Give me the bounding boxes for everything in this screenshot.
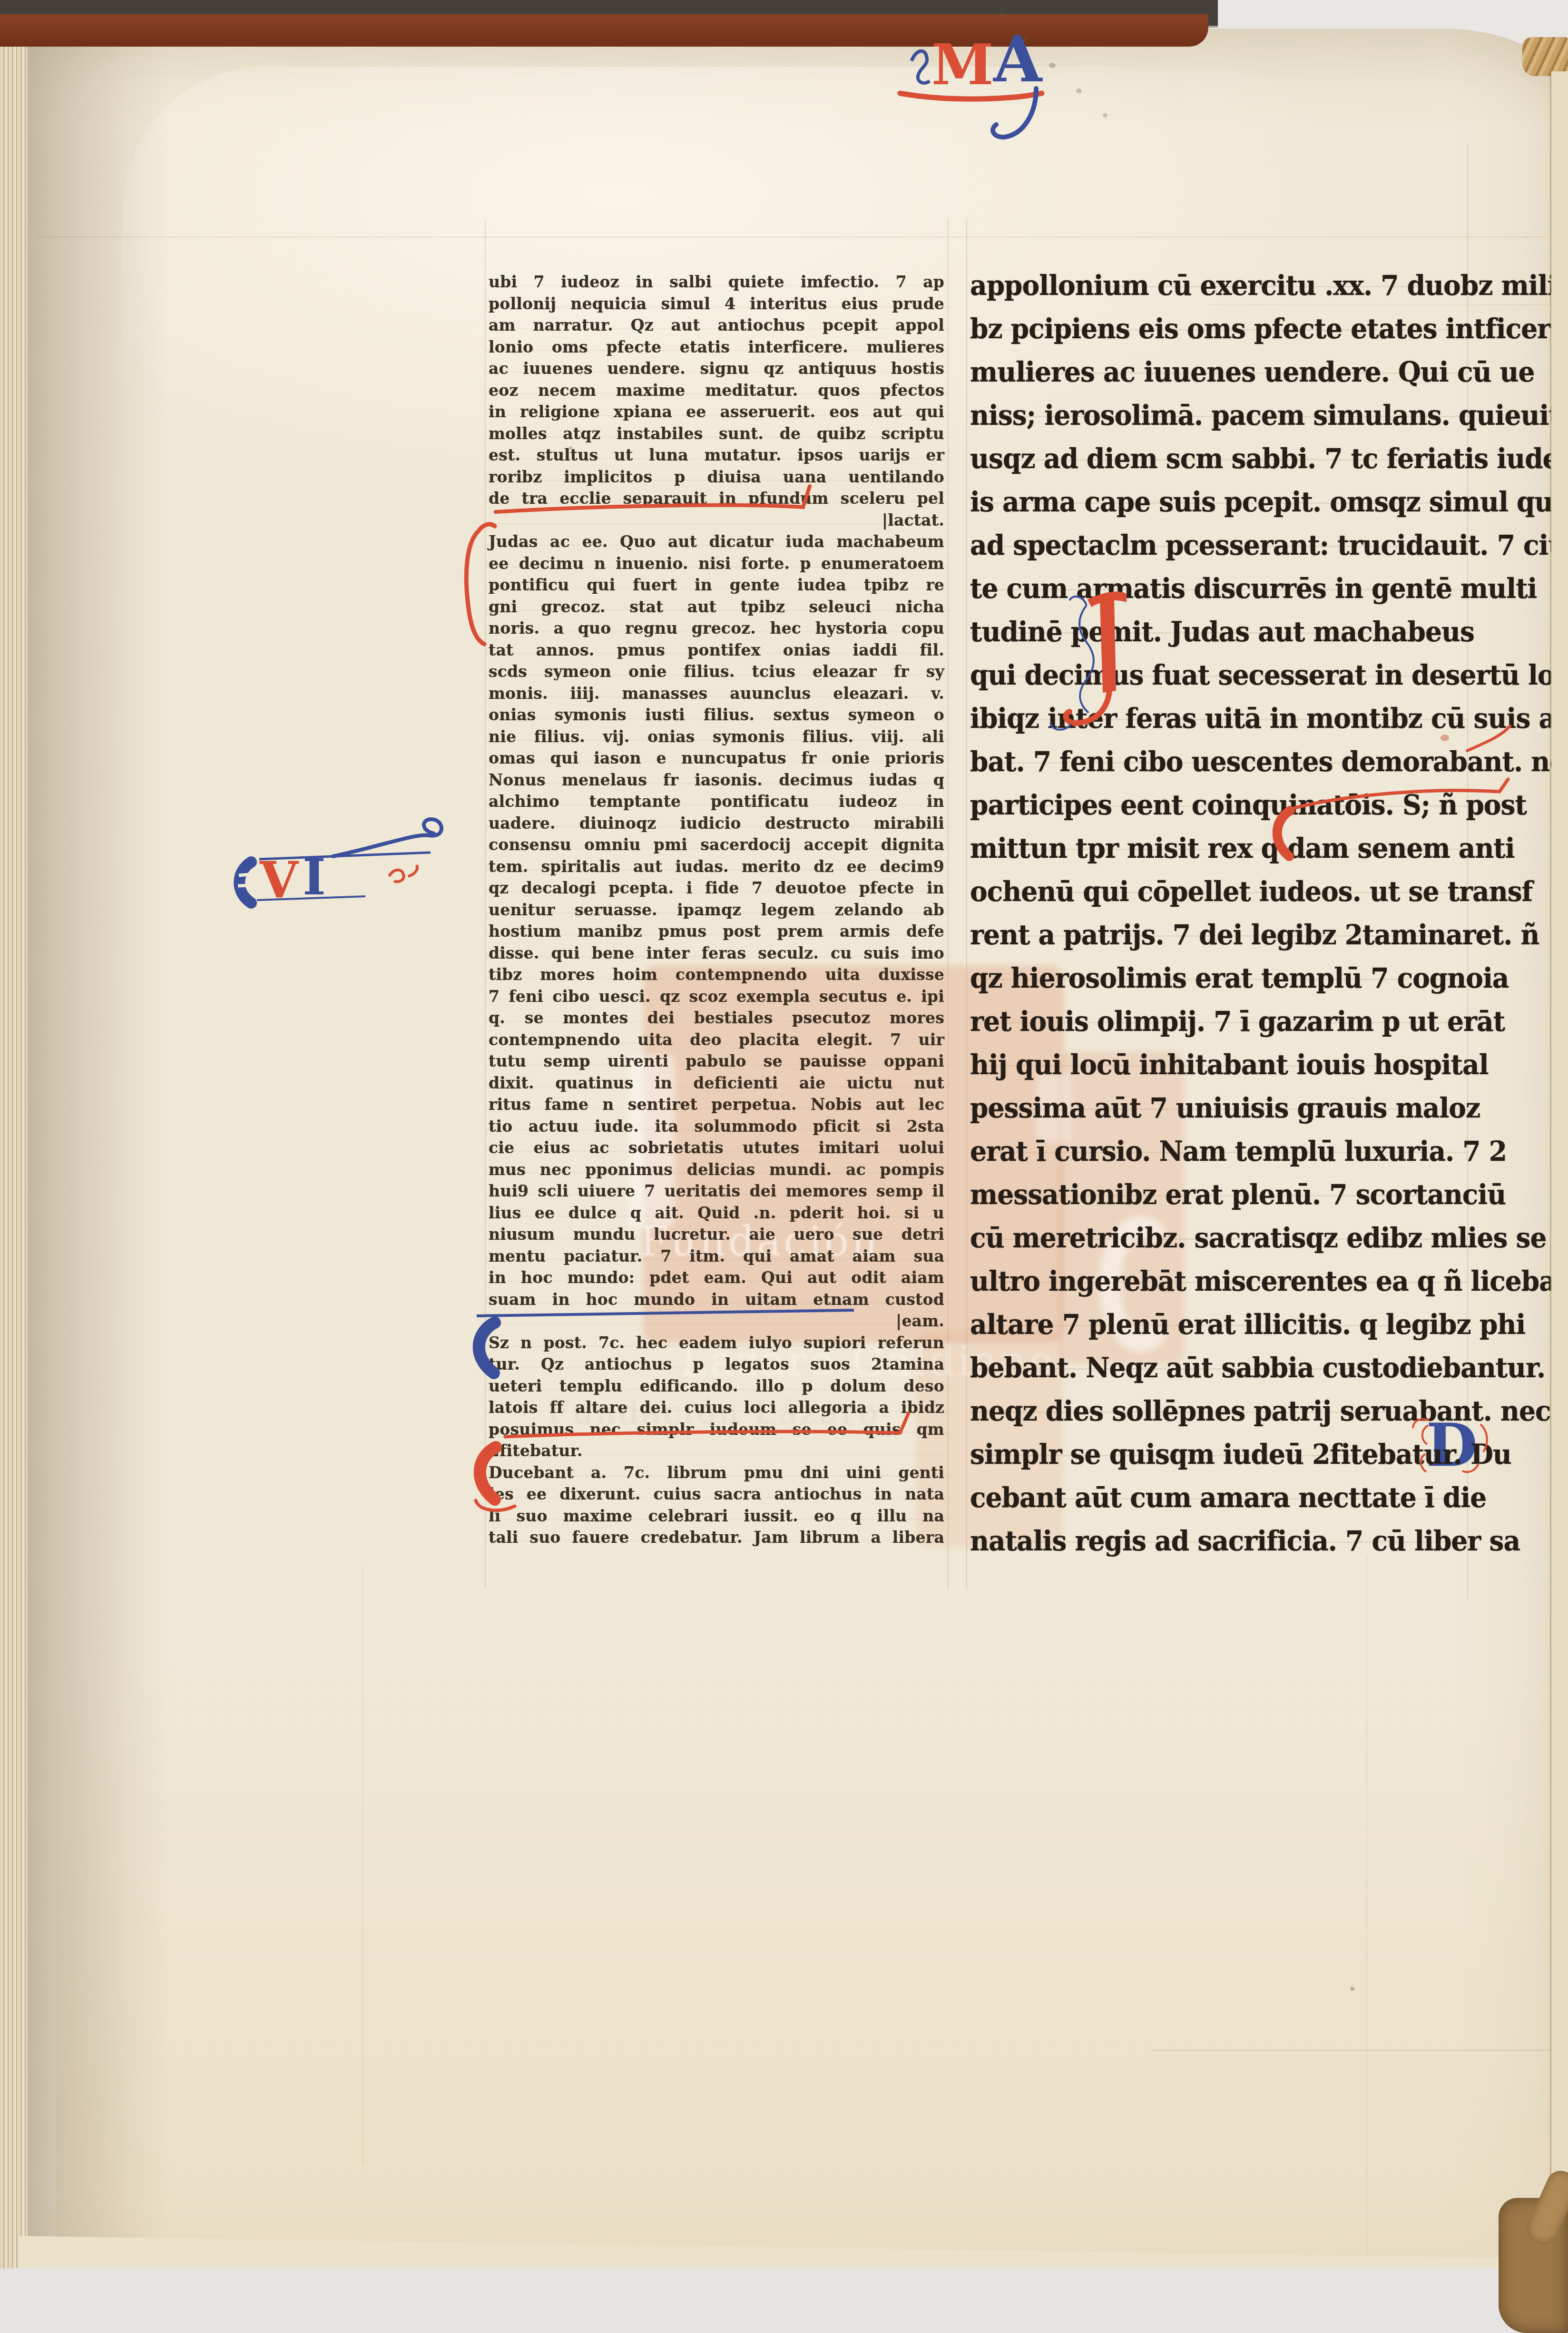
gloss-blue-paraph-initial — [479, 1323, 495, 1373]
scripture-red-paraph — [1277, 811, 1290, 856]
gloss-red-hook-line — [496, 486, 810, 512]
gloss-blue-tie-line — [477, 1310, 854, 1316]
manuscript-photo: Fundación Lázaro Galdiano Fundación Láza… — [0, 0, 1568, 2333]
scripture-red-swash — [1295, 779, 1508, 808]
chapter-blue-paraph — [239, 862, 251, 903]
chapter-flourish-curl — [333, 819, 441, 856]
initial-d-red-filigree — [1413, 1419, 1487, 1472]
gloss-red-paraph-initial — [480, 1447, 496, 1500]
initial-i-blue-filigree — [1069, 597, 1094, 713]
pen-flourish-overlay — [0, 0, 1568, 2333]
scripture-red-tick — [1467, 726, 1510, 751]
initial-i-bottom-curl — [1066, 691, 1109, 723]
fore-edge-pages — [1551, 71, 1568, 2298]
gloss-red-end-flourish — [505, 1413, 909, 1437]
chapter-bottom-rule — [257, 896, 365, 900]
chapter-flourish-oz — [389, 865, 417, 882]
fore-edge-line — [1550, 71, 1551, 2288]
background-bottom — [0, 2268, 1568, 2333]
gloss-red-bracket — [466, 524, 495, 644]
initial-i-stem — [1100, 599, 1116, 693]
title-blue-squiggle — [911, 51, 930, 83]
title-m-underline-swash — [900, 93, 1042, 99]
